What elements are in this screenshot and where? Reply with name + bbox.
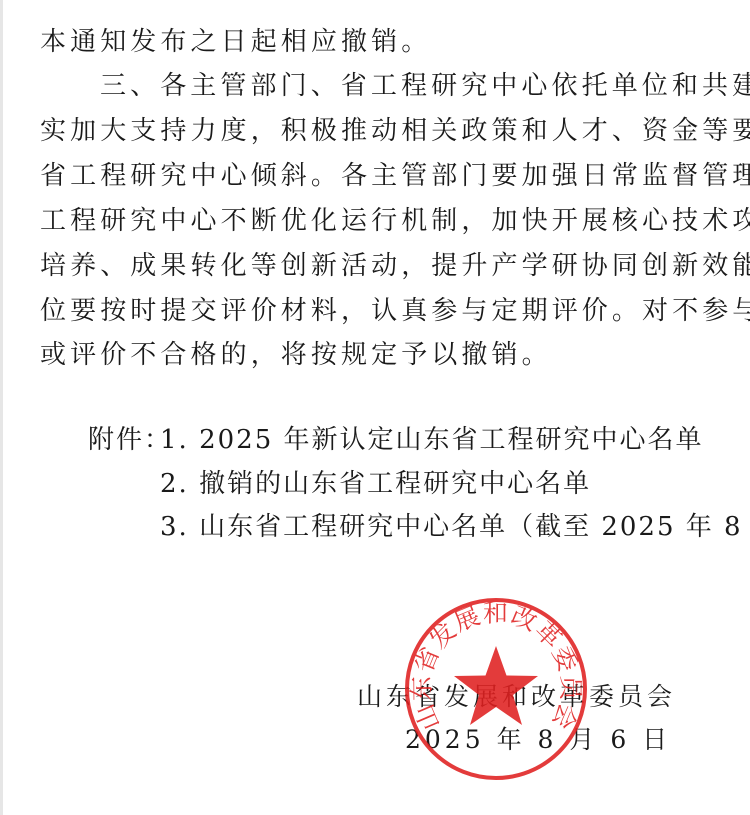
issuer-name: 山东省发展和改革委员会 (357, 681, 676, 713)
attachment-item: 2. 撤销的山东省工程研究中心名单 (160, 468, 591, 500)
body-line: 三、各主管部门、省工程研究中心依托单位和共建单位要切 (100, 70, 750, 102)
document-page: 本通知发布之日起相应撤销。 三、各主管部门、省工程研究中心依托单位和共建单位要切… (0, 0, 750, 815)
body-line: 培养、成果转化等创新活动，提升产学研协同创新效能。依托单 (40, 250, 750, 282)
svg-text:山东省发展和改革委员会: 山东省发展和改革委员会 (407, 599, 585, 735)
issue-date: 2025 年 8 月 6 日 (405, 724, 671, 756)
body-line: 实加大支持力度，积极推动相关政策和人才、资金等要素资源向 (40, 115, 750, 147)
attachment-item: 1. 2025 年新认定山东省工程研究中心名单 (160, 424, 704, 456)
body-line: 位要按时提交评价材料，认真参与定期评价。对不参与定期评价 (40, 295, 750, 327)
body-line: 本通知发布之日起相应撤销。 (40, 26, 431, 58)
seal-text: 山东省发展和改革委员会 (407, 599, 585, 735)
body-line: 工程研究中心不断优化运行机制，加快开展核心技术攻关、人才 (40, 205, 750, 237)
attachment-item: 3. 山东省工程研究中心名单（截至 2025 年 8 月） (160, 511, 750, 543)
page-edge (0, 0, 3, 815)
body-line: 或评价不合格的，将按规定予以撤销。 (40, 339, 552, 371)
body-line: 省工程研究中心倾斜。各主管部门要加强日常监督管理，推动省 (40, 160, 750, 192)
